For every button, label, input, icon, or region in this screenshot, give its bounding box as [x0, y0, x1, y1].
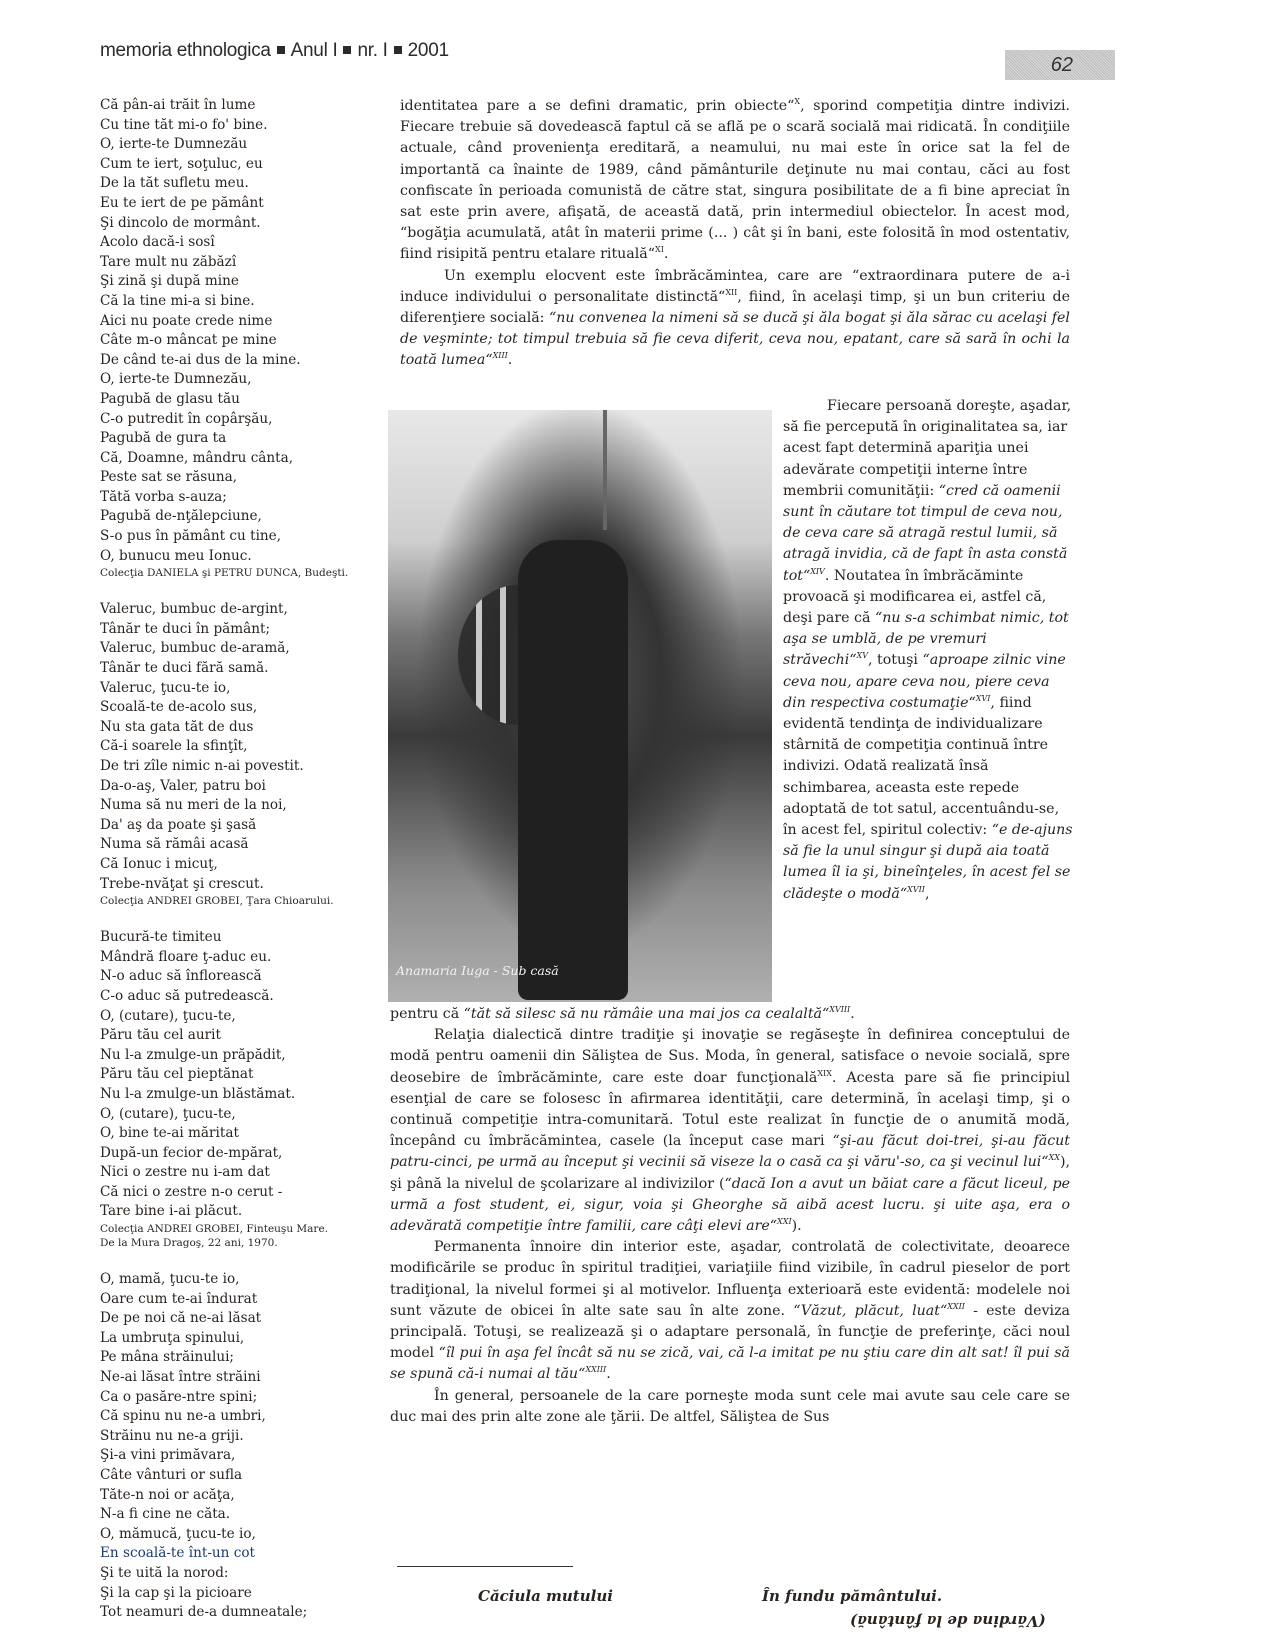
poem-line: O, ierte-te Dumnezău, — [100, 370, 390, 390]
poem-line: Pe mâna străinului; — [100, 1348, 390, 1368]
running-header: memoria ethnologicaAnul Inr. I2001 — [100, 40, 449, 62]
poem-line: O, (cutare), ţucu-te, — [100, 1007, 390, 1027]
poem-line: Ca o pasăre-ntre spini; — [100, 1388, 390, 1408]
photo-procession: Anamaria Iuga - Sub casă — [388, 410, 772, 1002]
poem-line: Mândră floare ţ-aduc eu. — [100, 948, 390, 968]
poem-line: Că spinu nu ne-a umbri, — [100, 1407, 390, 1427]
poem-line: Tânăr te duci în pământ; — [100, 620, 390, 640]
poem-line: O, ierte-te Dumnezău — [100, 135, 390, 155]
stanza-gap — [100, 908, 390, 928]
poem-line: N-o aduc să înflorească — [100, 967, 390, 987]
poem-line: Tânăr te duci fără samă. — [100, 659, 390, 679]
poem-line: Tare mult nu zăbăzî — [100, 253, 390, 273]
poem-line: De când te-ai dus de la mine. — [100, 351, 390, 371]
poem-line: Că, Doamne, mândru cânta, — [100, 449, 390, 469]
poem-credit: De la Mura Dragoş, 22 ani, 1970. — [100, 1236, 390, 1250]
poem-line: O, mamă, ţucu-te io, — [100, 1270, 390, 1290]
poem-line: Păru tău cel aurit — [100, 1026, 390, 1046]
poem-line: Tot neamuri de-a dumneatale; — [100, 1603, 390, 1623]
poem-line: Pagubă de-nţălepciune, — [100, 507, 390, 527]
poem-line: De la tăt sufletu meu. — [100, 174, 390, 194]
poem-line: C-o putredit în copârşău, — [100, 410, 390, 430]
poem-line: C-o aduc să putredească. — [100, 987, 390, 1007]
page-number: 62 — [1051, 54, 1073, 76]
poem-line: Nu sta gata tăt de dus — [100, 718, 390, 738]
poem-line: Şi la cap şi la picioare — [100, 1584, 390, 1604]
stanza-gap — [100, 580, 390, 600]
poem-line: Câte vânturi or sufla — [100, 1466, 390, 1486]
poem-line: Că nici o zestre n-o cerut - — [100, 1183, 390, 1203]
poem-line: Da-o-aş, Valer, patru boi — [100, 777, 390, 797]
poem-line: Eu te iert de pe pământ — [100, 194, 390, 214]
paragraph-5: Permanenta înnoire din interior este, aş… — [390, 1237, 1070, 1385]
paragraph-1: identitatea pare a se defini dramatic, p… — [400, 96, 1070, 266]
paragraph-2: Un exemplu elocvent este îmbrăcămintea, … — [400, 266, 1070, 372]
poem-line: O, bunucu meu Ionuc. — [100, 547, 390, 567]
riddle-right: În fundu pământului. — [762, 1587, 942, 1605]
poem-line: După-un fecior de-mpărat, — [100, 1144, 390, 1164]
poem-line: Şi dincolo de mormânt. — [100, 214, 390, 234]
poem-line: Pagubă de gura ta — [100, 429, 390, 449]
page-number-box: 62 — [1005, 50, 1115, 80]
poem-line: Nici o zestre nu i-am dat — [100, 1163, 390, 1183]
square-bullet-icon — [394, 46, 402, 54]
poem-line: De pe noi că ne-ai lăsat — [100, 1309, 390, 1329]
poem-line: O, (cutare), ţucu-te, — [100, 1105, 390, 1125]
article-top: identitatea pare a se defini dramatic, p… — [400, 96, 1070, 372]
poem-line: S-o pus în pământ cu tine, — [100, 527, 390, 547]
poem-line: Că Ionuc i micuţ, — [100, 855, 390, 875]
article-bottom: pentru că “tăt să silesc să nu rămâie un… — [390, 1004, 1070, 1428]
poem-credit: Colecţia ANDREI GROBEI, Finteuşu Mare. — [100, 1222, 390, 1236]
poem-line: De tri zîle nimic n-ai povestit. — [100, 757, 390, 777]
poem-line: Peste sat se răsuna, — [100, 468, 390, 488]
poem-line: Nu l-a zmulge-un prăpădit, — [100, 1046, 390, 1066]
poem-line: Numa să rămâi acasă — [100, 835, 390, 855]
poem-line: Tăte-n noi or acăţa, — [100, 1486, 390, 1506]
poem-line: En scoală-te înt-un cot — [100, 1544, 390, 1564]
riddle-answer-upside-down: (Vărdina de la fântână) — [850, 1612, 1046, 1630]
poem-line: Tătă vorba s-auza; — [100, 488, 390, 508]
poem-line: N-a fi cine ne căta. — [100, 1505, 390, 1525]
issue-label: nr. I — [357, 40, 387, 61]
poem-line: Valeruc, ţucu-te io, — [100, 679, 390, 699]
poem-line: Câte m-o mâncat pe mine — [100, 331, 390, 351]
poem-line: Cu tine tăt mi-o fo' bine. — [100, 116, 390, 136]
poem-line: Pagubă de glasu tău — [100, 390, 390, 410]
poem-line: Şi te uită la norod: — [100, 1564, 390, 1584]
paragraph-4: Relaţia dialectică dintre tradiţie şi in… — [390, 1025, 1070, 1237]
poem-line: Că la tine mi-a si bine. — [100, 292, 390, 312]
poem-line: Şi-a vini primăvara, — [100, 1446, 390, 1466]
poem-line: Da' aş da poate şi şasă — [100, 816, 390, 836]
poem-line: O, bine te-ai măritat — [100, 1124, 390, 1144]
poem-line: Nu l-a zmulge-un blăstămat. — [100, 1085, 390, 1105]
poem-line: Păru tău cel pieptănat — [100, 1065, 390, 1085]
poem-line: Străinu nu ne-a griji. — [100, 1427, 390, 1447]
poem-line: Aici nu poate crede nime — [100, 312, 390, 332]
poem-line: Oare cum te-ai îndurat — [100, 1290, 390, 1310]
poem-line: Că-i soarele la sfinţît, — [100, 737, 390, 757]
year-label: Anul I — [291, 40, 338, 61]
photo-caption: Anamaria Iuga - Sub casă — [396, 963, 559, 978]
poem-line: Valeruc, bumbuc de-argint, — [100, 600, 390, 620]
side-paragraph: Fiecare persoană doreşte, aşadar, să fie… — [783, 396, 1073, 905]
square-bullet-icon — [343, 46, 351, 54]
poem-line: Ne-ai lăsat între străini — [100, 1368, 390, 1388]
poem-line: Cum te iert, soţuluc, eu — [100, 155, 390, 175]
square-bullet-icon — [277, 46, 285, 54]
poem-line: Şi zină şi după mine — [100, 272, 390, 292]
photo-pole — [603, 410, 607, 530]
year: 2001 — [408, 40, 449, 61]
poem-credit: Colecţia ANDREI GROBEI, Ţara Chioarului. — [100, 894, 390, 908]
paragraph-3: pentru că “tăt să silesc să nu rămâie un… — [390, 1004, 1070, 1025]
poem-line: Valeruc, bumbuc de-aramă, — [100, 639, 390, 659]
poem-line: O, mămucă, ţucu-te io, — [100, 1525, 390, 1545]
riddle-left: Căciula mutului — [478, 1587, 613, 1605]
footnote-rule — [397, 1566, 573, 1567]
paragraph-6: În general, persoanele de la care porneş… — [390, 1386, 1070, 1428]
poem-credit: Colecţia DANIELA şi PETRU DUNCA, Budeşti… — [100, 566, 390, 580]
stanza-gap — [100, 1250, 390, 1270]
photo-figure — [518, 540, 628, 1000]
poem-line: Scoală-te de-acolo sus, — [100, 698, 390, 718]
poem-line: Numa să nu meri de la noi, — [100, 796, 390, 816]
poem-line: Acolo dacă-i sosî — [100, 233, 390, 253]
poem-column: Că pân-ai trăit în lumeCu tine tăt mi-o … — [100, 96, 390, 1623]
poem-line: La umbruţa spinului, — [100, 1329, 390, 1349]
poem-line: Bucură-te timiteu — [100, 928, 390, 948]
poem-line: Trebe-nvăţat şi crescut. — [100, 875, 390, 895]
poem-line: Că pân-ai trăit în lume — [100, 96, 390, 116]
journal-title: memoria ethnologica — [100, 40, 271, 61]
poem-line: Tare bine i-ai plăcut. — [100, 1202, 390, 1222]
